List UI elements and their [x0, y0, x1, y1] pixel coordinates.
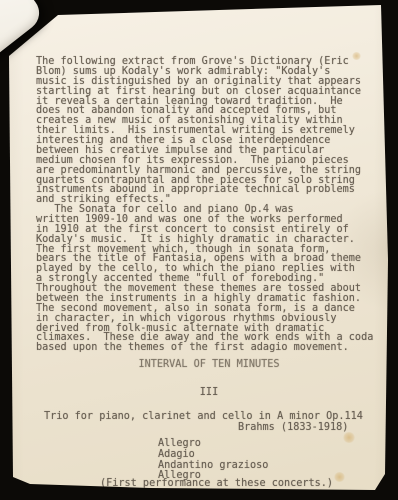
work-title: Trio for piano, clarinet and cello in A …	[44, 411, 363, 422]
program-notes-paragraph-1: The following extract from Grove's Dicti…	[36, 57, 361, 205]
interval-heading: INTERVAL OF TEN MINUTES	[20, 359, 398, 370]
paper-stain	[343, 432, 355, 443]
premiere-note: (First performance at these concerts.)	[100, 478, 333, 489]
program-page: The following extract from Grove's Dicti…	[0, 0, 398, 500]
section-number: III	[20, 387, 398, 398]
photo-background: The following extract from Grove's Dicti…	[0, 0, 398, 500]
program-notes-paragraph-2: The Sonata for cello and piano Op.4 was …	[36, 205, 373, 353]
movement-list: Allegro Adagio Andantino grazioso Allegr…	[158, 439, 268, 482]
paper-stain	[334, 472, 345, 482]
composer-name: Brahms (1833-1918)	[238, 422, 348, 433]
